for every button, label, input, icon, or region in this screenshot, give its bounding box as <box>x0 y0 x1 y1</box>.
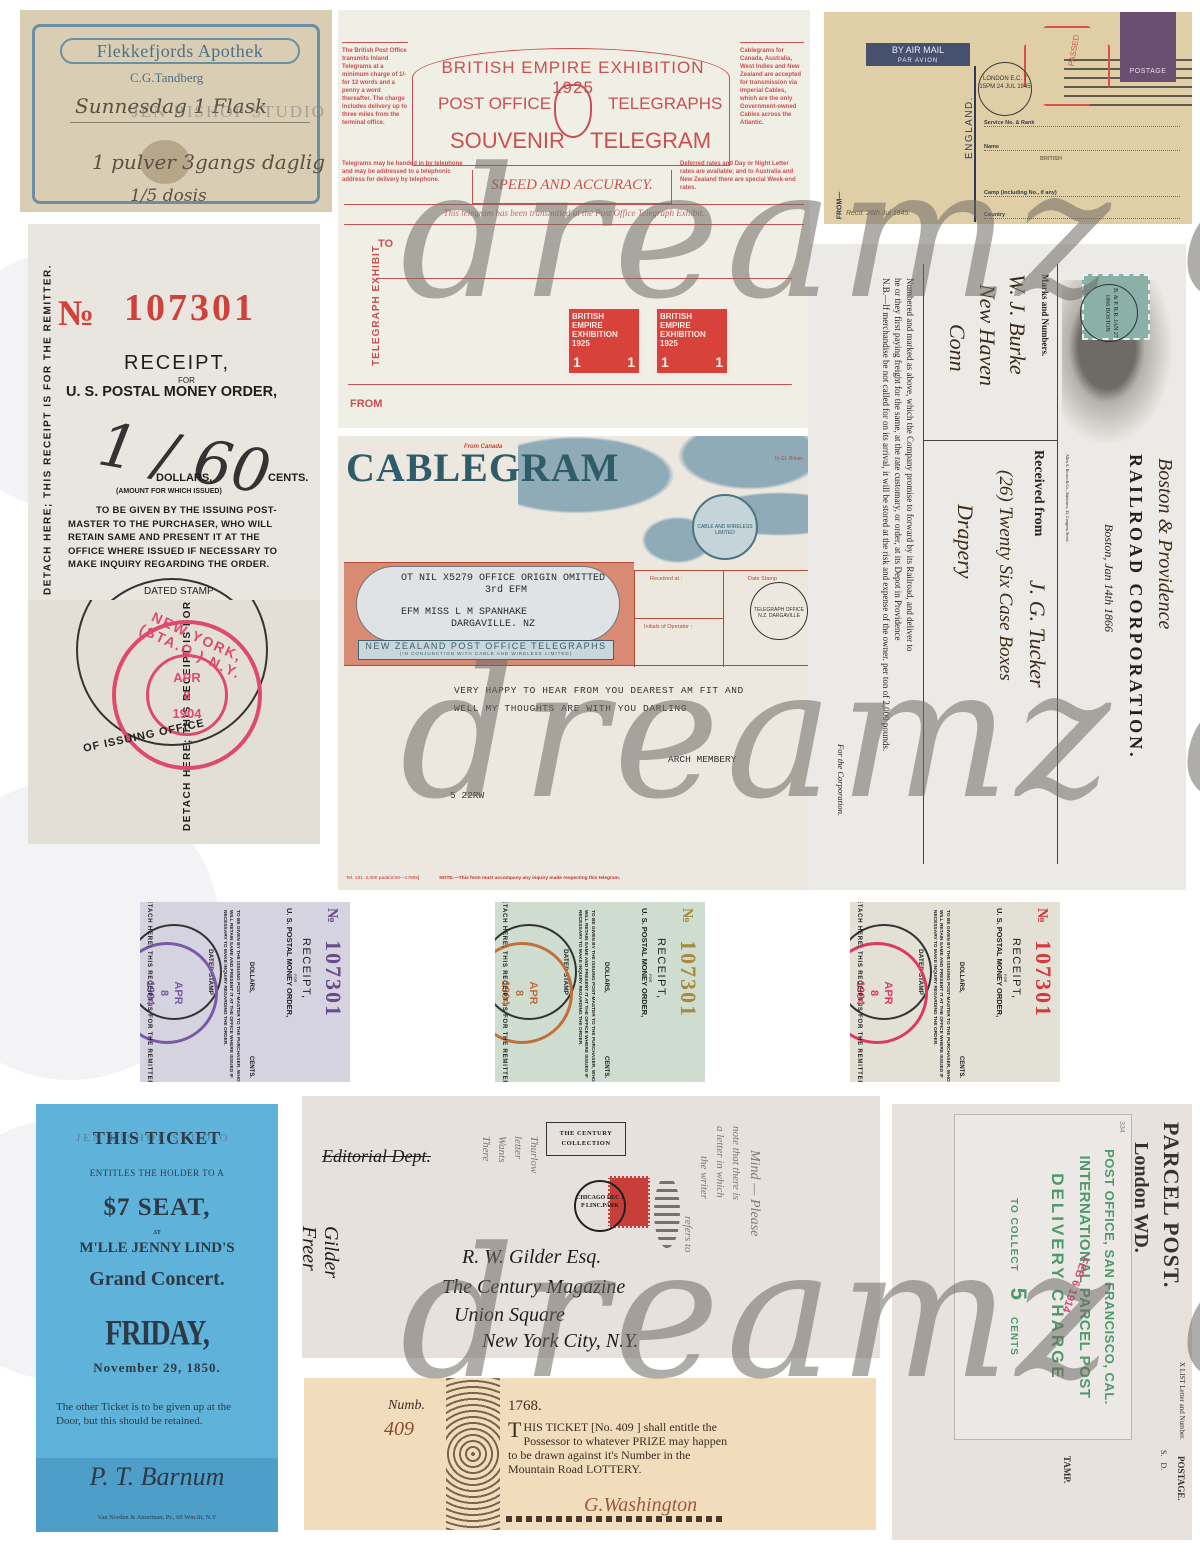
detach-instruction: DETACH HERE; THIS RECEIPT IS FOR THE REM… <box>856 902 862 1082</box>
barnum-signature: P. T. Barnum <box>36 1462 278 1492</box>
address-line: New York City, N.Y. <box>482 1330 638 1353</box>
number-prefix: № <box>1033 908 1050 923</box>
ticket-line: ENTITLES THE HOLDER TO A <box>36 1168 278 1178</box>
censor-mark <box>1024 26 1110 106</box>
receipt-title: RECEIPT, <box>124 352 230 375</box>
telegraph-office-postmark: TELEGRAPH OFFICE N.Z. DARGAVILLE <box>750 582 808 640</box>
postmark: LONDON E.C. 7 15PM 24 JUL 1945 <box>978 62 1032 116</box>
handwritten-mark: New Haven <box>974 284 1000 386</box>
stamp-value: 1 <box>661 354 669 370</box>
souvenir-telegram: The British Post Office transmits Inland… <box>338 10 810 428</box>
postage-stamp: BRITISH EMPIRE EXHIBITION 1925 1 1 <box>654 306 730 376</box>
margin-note: Thurlow <box>528 1136 540 1173</box>
printer-credit: Van Norden & Amerman, Pr., 60 Wm.St, N.Y <box>36 1514 278 1521</box>
instruction-line: OFFICE WHERE ISSUED IF NECESSARY TO <box>68 545 318 559</box>
receipt-number: 107301 <box>320 940 346 1018</box>
event-date: November 29, 1850. <box>36 1360 278 1376</box>
handwritten-received: J. G. Tucker <box>1024 580 1050 688</box>
dollars-label: DOLLARS, <box>156 472 212 484</box>
receipt-number: 107301 <box>124 286 256 330</box>
cents-label: CENTS. <box>958 1056 964 1078</box>
rotated-content: № 107301 RECEIPT, FOR U. S. POSTAL MONEY… <box>495 902 705 1082</box>
nz-bar-title: NEW ZEALAND POST OFFICE TELEGRAPHS <box>359 641 613 651</box>
divider <box>924 440 1058 441</box>
right-notice: Cablegrams for Canada, Australia, West I… <box>740 42 804 127</box>
receipt-instructions: TO BE GIVEN BY THE ISSUING POST-MASTER T… <box>220 910 240 1082</box>
fine-print: Numbered and marked as above, which the … <box>880 278 916 868</box>
instruction-line: RETAIN SAME AND PRESENT IT AT THE <box>68 531 318 545</box>
address-line: DARGAVILLE. NZ <box>401 619 619 631</box>
fine-print-line: Numbered and marked as above, which the … <box>904 278 916 868</box>
nz-bar-subtitle: (IN CONJUNCTION WITH CABLE AND WIRELESS … <box>359 651 613 657</box>
badge-subtitle: PAR AVION <box>866 56 970 67</box>
form-note: Tel. 131. 2,000 pads/2/40—17885]NOTE.—Th… <box>346 876 620 881</box>
studio-watermark: JEN BISHOP STUDIO <box>76 1132 231 1144</box>
jenny-lind-concert-ticket: THIS TICKET JEN BISHOP STUDIO ENTITLES T… <box>36 1104 278 1532</box>
to-label: TO <box>378 238 393 250</box>
proprietor-name: C.G.Tandberg <box>130 70 203 86</box>
for-corporation-label: For the Corporation. <box>836 744 846 816</box>
souvenir-label: SOUVENIR <box>450 128 565 154</box>
box-line: COLLECTION <box>547 1139 625 1149</box>
stamp-value: 1 <box>573 354 581 370</box>
side-label: TELEGRAPH EXHIBIT <box>371 245 382 366</box>
parcel-post-label: PARCEL POST. London WD. X LIST Letter an… <box>892 1104 1192 1540</box>
from-label: FROM— <box>836 192 843 220</box>
form-ref: Tel. 131. 2,000 pads/2/40—17885] <box>346 876 419 881</box>
address-line: 3rd EFM <box>401 585 619 597</box>
receipt-title: RECEIPT, <box>655 938 667 1000</box>
ornamental-border <box>506 1516 726 1522</box>
ticket-number: 409 <box>384 1418 414 1441</box>
railroad-receipt: B. & P. R.R. JAN 27 1866 BOSTON RAILROAD… <box>808 244 1186 890</box>
nz-post-office-bar: NEW ZEALAND POST OFFICE TELEGRAPHS (IN C… <box>358 640 614 660</box>
amount-note: (AMOUNT FOR WHICH ISSUED) <box>116 488 222 495</box>
margin-note: note that there is <box>730 1126 742 1200</box>
postage-label: POSTAGE. <box>1176 1456 1186 1501</box>
receipt-instructions: TO BE GIVEN BY THE ISSUING POST-MASTER T… <box>930 910 950 1082</box>
handwritten-mark: W. J. Burke <box>1004 274 1030 375</box>
century-collection-box: THE CENTURY COLLECTION <box>546 1122 626 1156</box>
office-use-column <box>634 571 724 667</box>
small-money-order-receipt: № 107301 RECEIPT, FOR U. S. POSTAL MONEY… <box>140 902 350 1082</box>
british-label: BRITISH <box>984 156 1180 162</box>
postmark-month: APR <box>149 669 225 687</box>
date-stamp-label: Date Stamp <box>748 576 777 582</box>
address-field: Country <box>984 212 1180 219</box>
dollars-label: DOLLARS, <box>603 962 609 993</box>
receipt-number: 107301 <box>675 940 701 1018</box>
cable-wireless-logo: CABLE AND WIRELESS LIMITED <box>692 494 758 560</box>
numb-label: Numb. <box>388 1398 425 1414</box>
motto: SPEED AND ACCURACY. <box>472 170 672 204</box>
postmark-month: APR <box>881 945 895 1041</box>
handwritten-received: Drapery <box>952 504 978 579</box>
margin-name: Freer <box>302 1226 320 1271</box>
address-line: EFM MISS L M SPANHAKE <box>401 607 619 619</box>
washington-signature: G.Washington <box>584 1494 697 1517</box>
received-at-label: Received at : <box>650 576 682 582</box>
address-line: The Century Magazine <box>442 1276 625 1299</box>
collect-label: TO COLLECT <box>1008 1198 1019 1272</box>
dollars-label: DOLLARS, <box>248 962 254 993</box>
postage-stamp: POSTAGE <box>1120 12 1176 82</box>
handwriting-line: 1 pulver 3gangs daglig <box>92 150 325 174</box>
apothecary-label: Flekkefjords Apothek C.G.Tandberg Sunnes… <box>20 10 332 212</box>
receipt-instructions: TO BE GIVEN BY THE ISSUING POST-MASTER T… <box>575 910 595 1082</box>
label-number: 334 <box>1118 1121 1125 1133</box>
ticket-instructions: The other Ticket is to be given up at th… <box>56 1400 258 1428</box>
postmark-day: 8 <box>157 945 171 1041</box>
label-line: DELIVERY CHARGE <box>1047 1115 1067 1439</box>
x-list-label: X LIST Letter and Number. <box>1178 1362 1186 1440</box>
postmark-day: 8 <box>512 945 526 1041</box>
writing-rule <box>70 122 310 123</box>
ticket-price: $7 SEAT, <box>36 1194 278 1222</box>
mountain-road-lottery-ticket: Numb. 409 1768. THIS TICKET [No. 409 ] s… <box>304 1378 876 1530</box>
instruction-line: MASTER TO THE PURCHASER, WHO WILL <box>68 518 318 532</box>
railroad-postmark: B. & P. R.R. JAN 27 1866 BOSTON <box>1080 284 1138 342</box>
s-d-labels: S. D. <box>1159 1450 1168 1470</box>
detach-instruction: DETACH HERE; THIS RECEIPT IS FOR THE REM… <box>146 902 152 1082</box>
margin-note: There <box>480 1136 492 1161</box>
century-magazine-envelope: THE CENTURY COLLECTION CHICAGO DEC 1 P L… <box>302 1096 880 1358</box>
sender-signature: ARCH MEMBERY <box>668 754 736 765</box>
printer-credit: Allen A. Brown & Co., Stationers, 45, Co… <box>1065 454 1070 542</box>
from-label: FROM <box>350 398 382 410</box>
detach-instruction: DETACH HERE; THIS RECEIPT IS FOR THE REM… <box>43 260 54 600</box>
handwriting-line: 1/5 dosis <box>130 186 207 206</box>
fine-print-line: he or they first paying freight for the … <box>892 278 904 868</box>
chicago-postmark: CHICAGO DEC 1 P LINC.PARK <box>574 1180 626 1232</box>
new-york-postmark: NEW YORK, (STA.O.) N.Y. APR 8 1904 <box>112 620 262 770</box>
stamp-label: TAMP. <box>1062 1456 1072 1483</box>
divider <box>344 204 804 205</box>
receipt-title: RECEIPT, <box>1010 938 1022 1000</box>
small-money-order-receipt: № 107301 RECEIPT, FOR U. S. POSTAL MONEY… <box>495 902 705 1082</box>
initials-label: Initials of Operator : <box>644 624 692 630</box>
transmitted-note: This telegram has been transmitted at th… <box>338 208 810 218</box>
stamp-value: 1 <box>715 354 723 370</box>
cablegram-title: CABLEGRAM <box>346 444 619 491</box>
address-window: OT NIL X5279 OFFICE ORIGIN OMITTED 3rd E… <box>356 566 620 642</box>
performer-name: M'LLE JENNY LIND'S <box>36 1240 278 1257</box>
fine-print-line: N.B.—If merchandise be not called for on… <box>880 278 892 868</box>
rotated-content: № 107301 RECEIPT, FOR U. S. POSTAL MONEY… <box>140 902 350 1082</box>
air-mail-badge: BY AIR MAIL PAR AVION <box>866 43 970 66</box>
telegram-label: TELEGRAM <box>590 128 711 154</box>
dated-stamp-label: DATED STAMP <box>144 586 214 597</box>
cents-label: CENTS. <box>248 1056 254 1078</box>
divider <box>348 384 792 385</box>
ornamental-border <box>446 1378 500 1530</box>
money-order-receipt-lower: DETACH HERE; THIS RECEIPT IS FOR THE REM… <box>28 600 320 844</box>
stamp-value: 1 <box>627 354 635 370</box>
address-field: Name <box>984 144 1180 151</box>
telegraphs-label: TELEGRAPHS <box>608 94 722 114</box>
handwritten-company: Boston & Providence <box>1153 458 1176 629</box>
margin-note: a letter in which <box>714 1126 726 1198</box>
parcel-location: London WD. <box>1129 1142 1152 1253</box>
receipt-subtitle: U. S. POSTAL MONEY ORDER, <box>285 908 294 1017</box>
cancellation-lines <box>654 1176 680 1248</box>
route-label: To Gt. Britain <box>774 456 803 462</box>
left-notice: The British Post Office transmits Inland… <box>342 42 408 127</box>
receipt-title: RECEIPT, <box>300 938 312 1000</box>
received-note: Recd. 26th Jul 1945. <box>846 210 910 217</box>
receipt-instructions: TO BE GIVEN BY THE ISSUING POST- MASTER … <box>68 504 318 572</box>
margin-note: letter <box>512 1136 524 1159</box>
badge-title: BY AIR MAIL <box>866 45 970 56</box>
detach-instruction: DETACH HERE; THIS RECEIPT IS FOR THE REM… <box>501 902 507 1082</box>
postage-stamp: BRITISH EMPIRE EXHIBITION 1925 1 1 <box>566 306 642 376</box>
address-line: OT NIL X5279 OFFICE ORIGIN OMITTED <box>401 573 619 585</box>
stamp-text: BRITISH EMPIRE EXHIBITION 1925 <box>660 312 706 348</box>
ticket-body: HIS TICKET [No. 409 ] shall entitle the … <box>508 1420 727 1476</box>
post-office-label: POST OFFICE <box>438 94 551 114</box>
collect-amount: 5 <box>1006 1272 1031 1317</box>
note-text: NOTE.—This form must accompany any inqui… <box>439 876 620 881</box>
dollars-label: DOLLARS, <box>958 962 964 993</box>
divider <box>923 264 924 864</box>
rotated-content: B. & P. R.R. JAN 27 1866 BOSTON RAILROAD… <box>808 244 1186 890</box>
small-money-order-receipt: № 107301 RECEIPT, FOR U. S. POSTAL MONEY… <box>850 902 1060 1082</box>
parcel-post-title: PARCEL POST. <box>1158 1122 1184 1288</box>
instruction-line: MAKE INQUIRY REGARDING THE ORDER. <box>68 558 318 572</box>
editorial-note: Editorial Dept. <box>322 1146 431 1167</box>
margin-note: Wants <box>496 1136 508 1163</box>
marks-label: Marks and Numbers. <box>1040 274 1050 356</box>
stamp-label: POSTAGE <box>1130 68 1167 75</box>
event-day: FRIDAY, <box>36 1313 278 1355</box>
cable-message: VERY HAPPY TO HEAR FROM YOU DEAREST AM F… <box>454 682 744 718</box>
drop-cap: T <box>508 1420 521 1440</box>
handwritten-mark: Conn <box>944 324 970 372</box>
stamp-text: BRITISH EMPIRE EXHIBITION 1925 <box>572 312 618 348</box>
ticket-line: AT <box>36 1230 278 1236</box>
address-line: R. W. Gilder Esq. <box>462 1246 601 1269</box>
label-banner: Flekkefjords Apothek <box>60 38 300 64</box>
divider <box>1057 264 1058 864</box>
received-from-label: Received from <box>1030 450 1046 536</box>
number-prefix: № <box>58 292 94 334</box>
cents-label: CENTS <box>1008 1317 1019 1356</box>
route-label: From Canada <box>464 444 502 450</box>
number-prefix: № <box>323 908 340 923</box>
divider <box>974 66 976 222</box>
divider <box>634 618 724 619</box>
cents-label: CENTS. <box>268 472 308 484</box>
cablegram: CABLEGRAM From Canada To Gt. Britain CAB… <box>338 436 810 890</box>
postmark-month: APR <box>526 945 540 1041</box>
money-order-receipt: DETACH HERE; THIS RECEIPT IS FOR THE REM… <box>28 224 320 600</box>
margin-name: Gilder <box>319 1226 342 1278</box>
s-label: S. <box>1159 1450 1168 1456</box>
rotated-content: № 107301 RECEIPT, FOR U. S. POSTAL MONEY… <box>850 902 1060 1082</box>
city-date: Boston, Jan 14th 1866 <box>1101 524 1116 632</box>
address-line: Union Square <box>454 1304 565 1327</box>
postmark-month: APR <box>171 945 185 1041</box>
margin-note: Mind — Please <box>746 1150 762 1236</box>
divider <box>344 224 804 225</box>
receipt-subtitle: U. S. POSTAL MONEY ORDER, <box>66 384 277 400</box>
collect-line: TO COLLECT5CENTS <box>1005 1115 1031 1439</box>
ticket-text: THIS TICKET [No. 409 ] shall entitle the… <box>508 1420 728 1476</box>
number-prefix: № <box>678 908 695 923</box>
studio-watermark: JEN BISHOP STUDIO <box>132 102 326 122</box>
margin-note: refers to <box>682 1216 694 1253</box>
address-field: Camp (including No., if any) <box>984 190 1180 197</box>
label-line: POST OFFICE, SAN FRANCISCO, CAL. <box>1102 1115 1117 1439</box>
message-line: VERY HAPPY TO HEAR FROM YOU DEAREST AM F… <box>454 682 744 700</box>
delivery-charge-label: 334 POST OFFICE, SAN FRANCISCO, CAL. INT… <box>954 1114 1132 1440</box>
event-name: Grand Concert. <box>36 1268 278 1291</box>
company-name: RAILROAD CORPORATION. <box>1125 454 1146 760</box>
handwritten-received: (26) Twenty Six Case Boxes <box>994 470 1016 681</box>
postmark-day: 8 <box>867 945 881 1041</box>
address-field: Service No. & Rank <box>984 120 1180 127</box>
margin-note: the writer <box>698 1156 710 1199</box>
postmark-day: 8 <box>149 687 225 705</box>
rotated-content: PARCEL POST. London WD. X LIST Letter an… <box>892 1104 1192 1540</box>
air-mail-card: BY AIR MAIL PAR AVION ENGLAND. FROM— Rec… <box>824 12 1192 224</box>
receipt-number: 107301 <box>1030 940 1056 1018</box>
cents-label: CENTS. <box>603 1056 609 1078</box>
ticket-year: 1768. <box>508 1398 542 1415</box>
divider <box>376 278 792 279</box>
receipt-subtitle: U. S. POSTAL MONEY ORDER, <box>640 908 649 1017</box>
box-line: THE CENTURY <box>547 1129 625 1139</box>
receipt-subtitle: U. S. POSTAL MONEY ORDER, <box>995 908 1004 1017</box>
message-line: WELL MY THOUGHTS ARE WITH YOU DARLING <box>454 700 744 718</box>
d-label: D. <box>1159 1462 1168 1470</box>
instruction-line: TO BE GIVEN BY THE ISSUING POST- <box>68 504 318 518</box>
cable-code: 5 22RW <box>450 790 484 801</box>
